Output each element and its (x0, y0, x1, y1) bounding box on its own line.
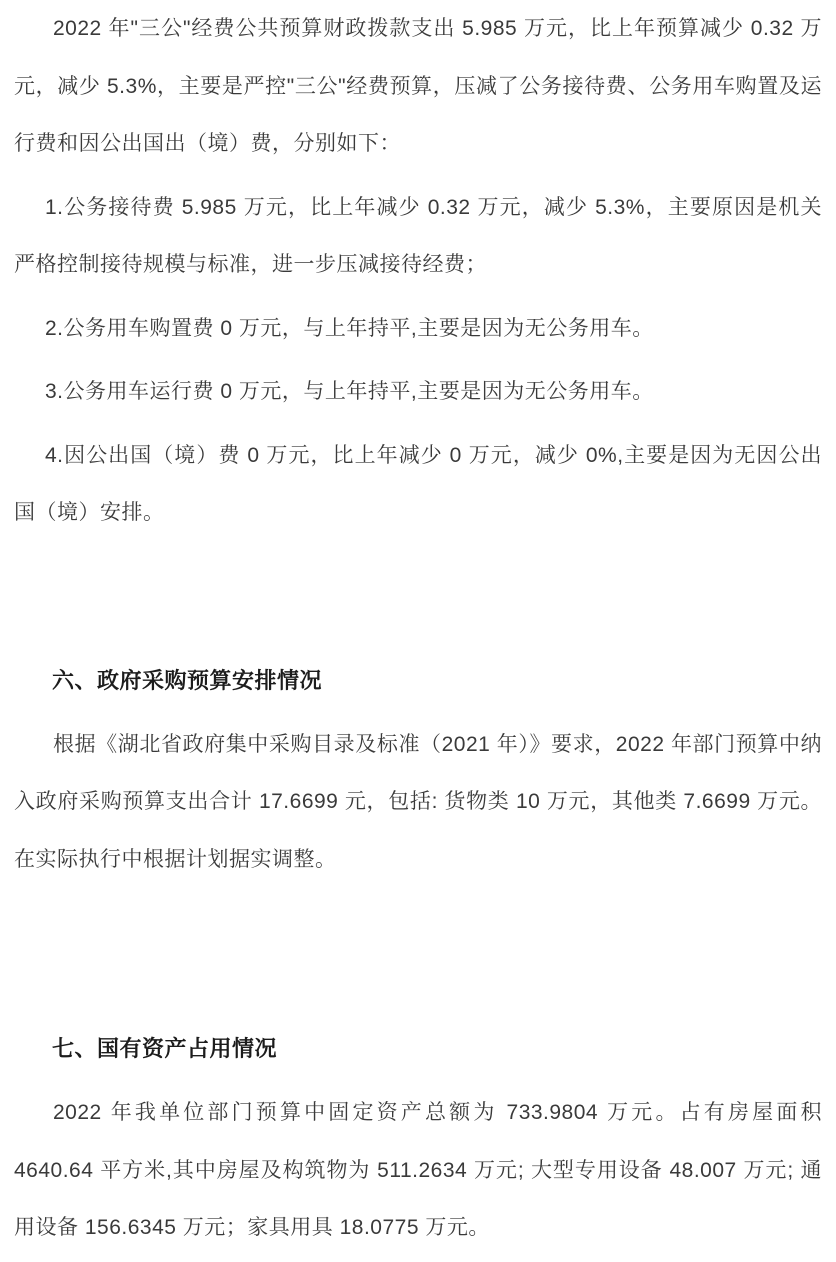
paragraph-state-owned-assets: 2022 年我单位部门预算中固定资产总额为 733.9804 万元。占有房屋面积… (14, 1084, 822, 1257)
paragraph-government-procurement: 根据《湖北省政府集中采购目录及标准（2021 年）》要求，2022 年部门预算中… (14, 716, 822, 889)
paragraph-item-4-overseas-trip-fee: 4.因公出国（境）费 0 万元，比上年减少 0 万元，减少 0%,主要是因为无因… (14, 427, 822, 542)
paragraph-item-2-vehicle-purchase-fee: 2.公务用车购置费 0 万元，与上年持平,主要是因为无公务用车。 (14, 300, 822, 358)
section-heading-state-owned-assets: 七、国有资产占用情况 (14, 1034, 822, 1064)
paragraph-item-1-reception-fee: 1.公务接待费 5.985 万元，比上年减少 0.32 万元，减少 5.3%，主… (14, 179, 822, 294)
paragraph-sangong-summary: 2022 年"三公"经费公共预算财政拨款支出 5.985 万元，比上年预算减少 … (14, 0, 822, 173)
section-heading-government-procurement: 六、政府采购预算安排情况 (14, 666, 822, 696)
paragraph-item-3-vehicle-operation-fee: 3.公务用车运行费 0 万元，与上年持平,主要是因为无公务用车。 (14, 363, 822, 421)
document-page: 2022 年"三公"经费公共预算财政拨款支出 5.985 万元，比上年预算减少 … (0, 0, 836, 1262)
